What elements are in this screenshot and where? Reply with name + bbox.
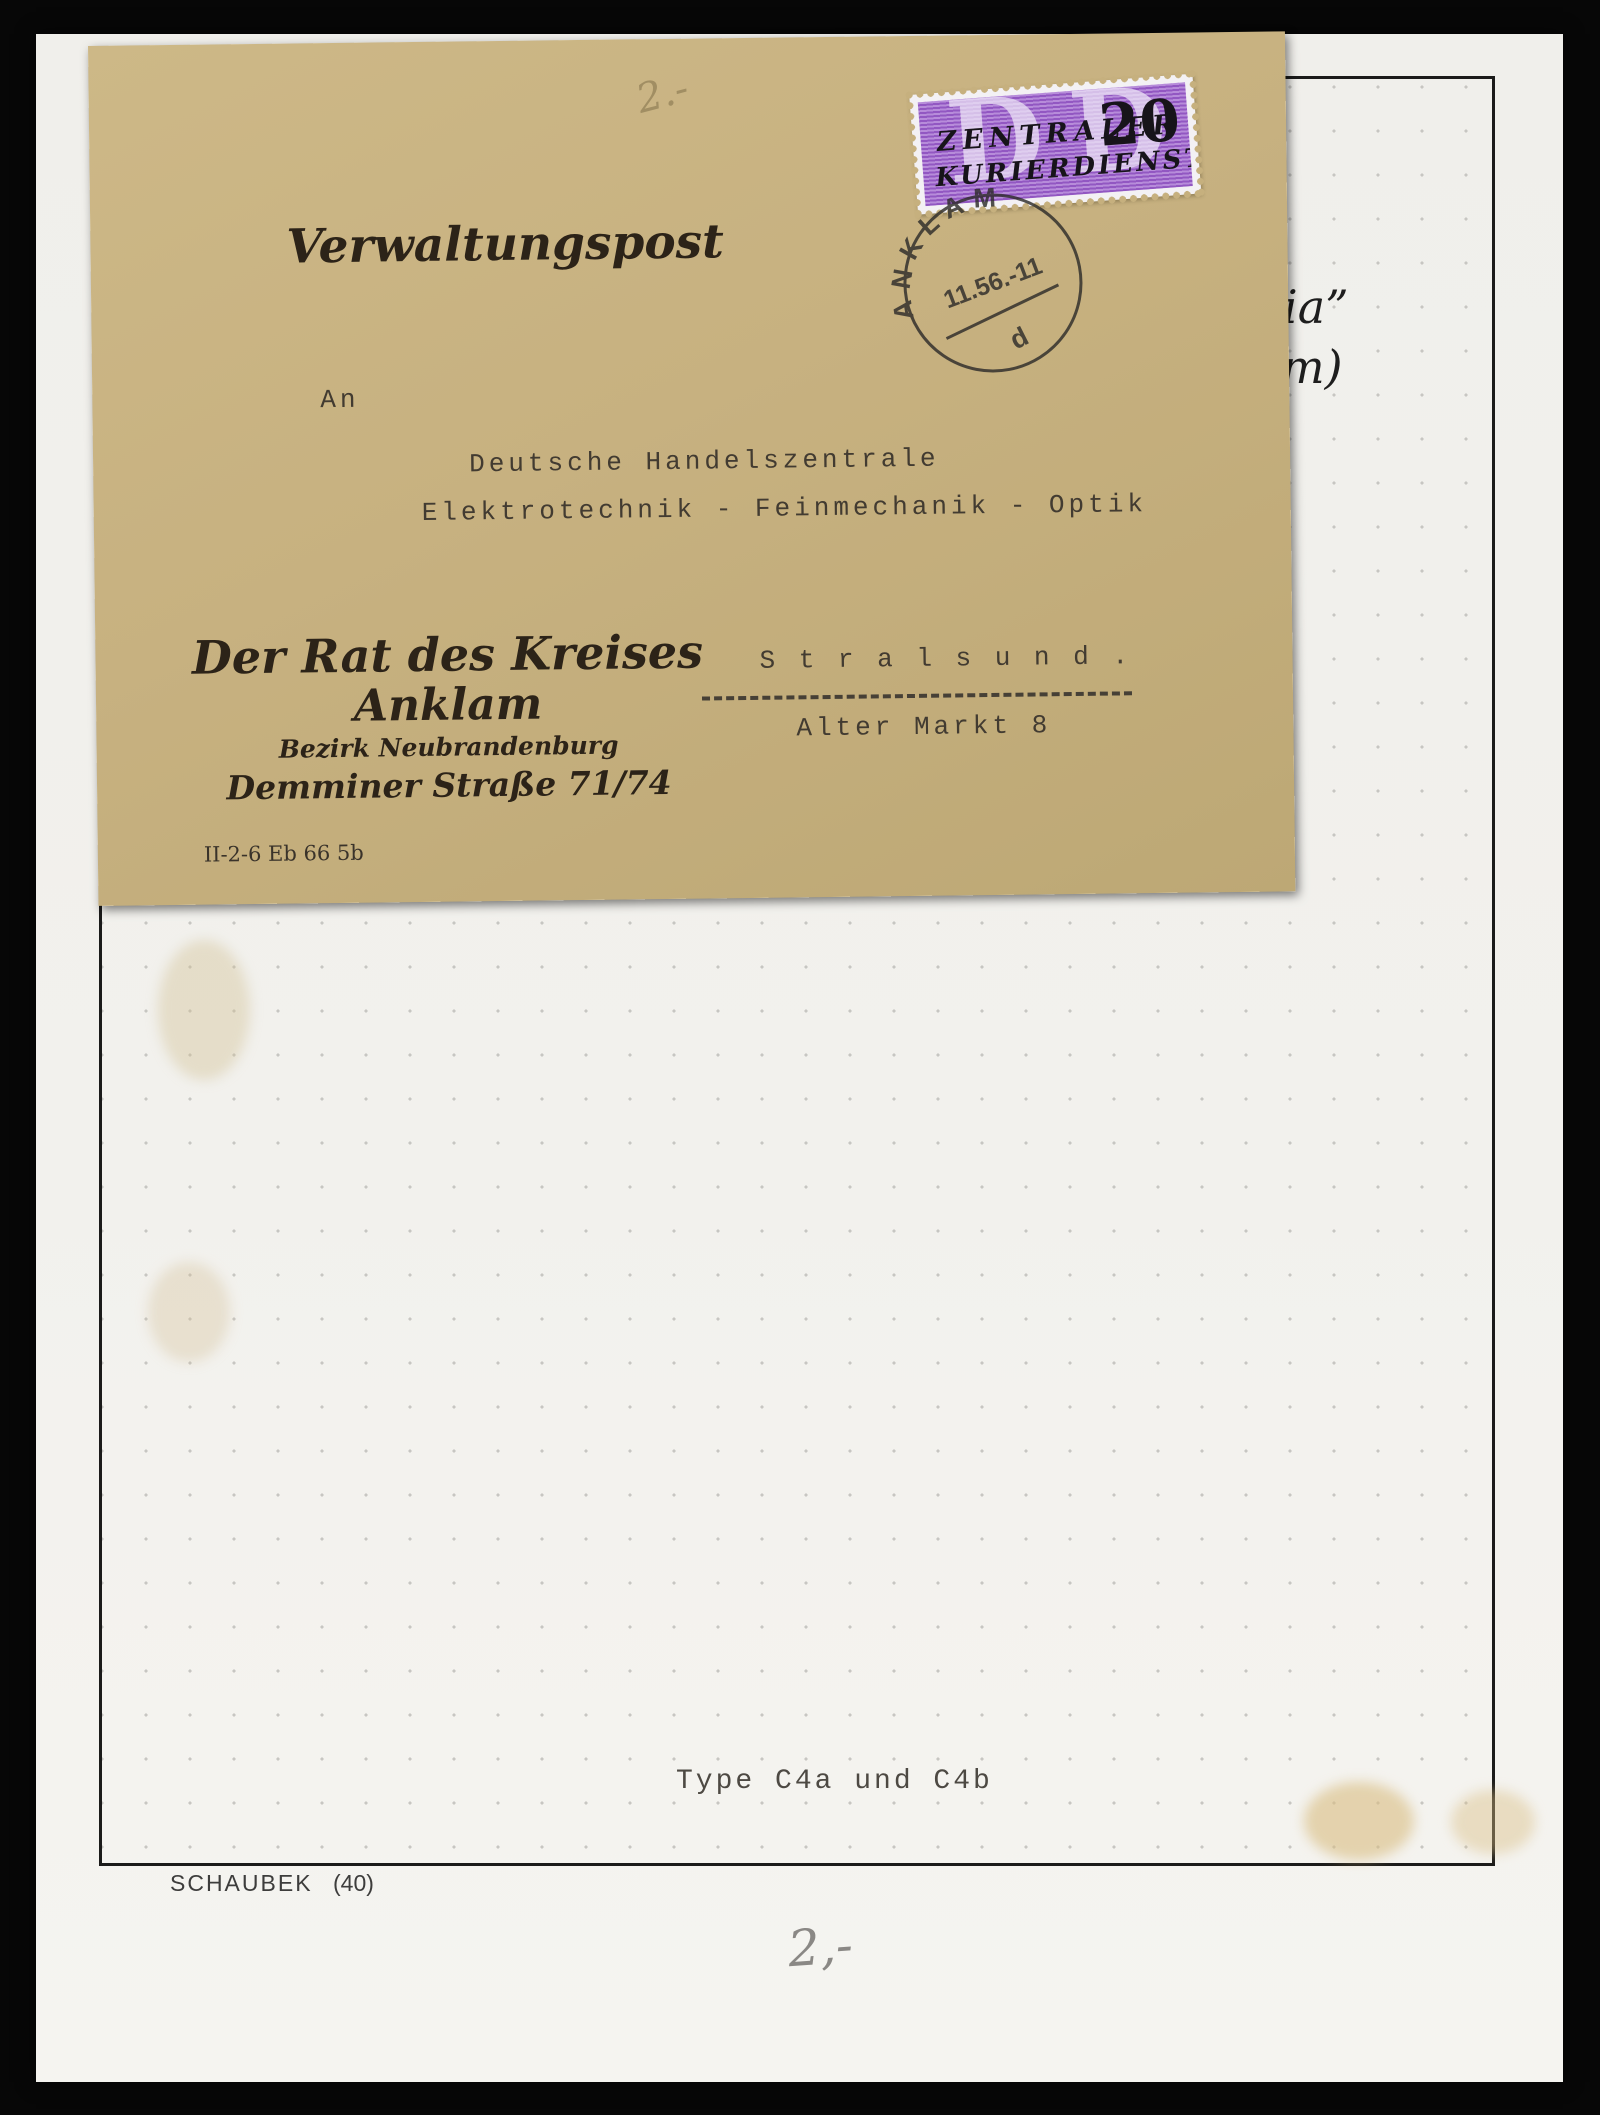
paper-stain xyxy=(1451,1790,1535,1854)
postmark-letter: d xyxy=(1005,321,1033,355)
postmark-date: 11.56.-11 xyxy=(940,252,1046,315)
address-salutation: An xyxy=(320,385,360,415)
sender-line-1: Der Rat des Kreises xyxy=(191,627,704,684)
envelope-cover: Verwaltungspost 2.- An Deutsche Handelsz… xyxy=(88,31,1295,906)
sender-block: Der Rat des Kreises Anklam Bezirk Neubra… xyxy=(191,627,705,809)
sender-line-4: Demminer Straße 71/74 xyxy=(193,761,705,809)
publisher-label: SCHAUBEK xyxy=(170,1870,313,1897)
handwriting-fragment-2: m) xyxy=(1281,340,1343,394)
address-city-underline xyxy=(702,691,1132,700)
envelope-pencil-note: 2.- xyxy=(632,65,694,123)
photo-of-album-page: ia” m) Type C4a und C4b SCHAUBEK (40) 2,… xyxy=(0,0,1600,2115)
sender-line-2: Anklam xyxy=(192,677,705,734)
paper-stain xyxy=(148,1262,230,1362)
postmark-cancel: ANKLAM 11.56.-11 d xyxy=(886,176,1101,391)
address-street: Alter Markt 8 xyxy=(796,710,1051,743)
paper-stain xyxy=(1304,1782,1414,1860)
address-line-1: Deutsche Handelszentrale xyxy=(469,444,940,480)
envelope-header: Verwaltungspost xyxy=(286,214,724,274)
type-caption: Type C4a und C4b xyxy=(676,1766,993,1797)
address-city: S t r a l s u n d . xyxy=(759,641,1132,676)
pencil-price-note: 2,- xyxy=(786,1916,854,1978)
address-line-2: Elektrotechnik - Feinmechanik - Optik xyxy=(422,489,1148,528)
handwriting-fragment-1: ia” xyxy=(1283,280,1349,334)
envelope-form-number: II-2-6 Eb 66 5b xyxy=(204,841,364,867)
page-number: (40) xyxy=(333,1870,374,1897)
paper-stain xyxy=(158,940,250,1080)
